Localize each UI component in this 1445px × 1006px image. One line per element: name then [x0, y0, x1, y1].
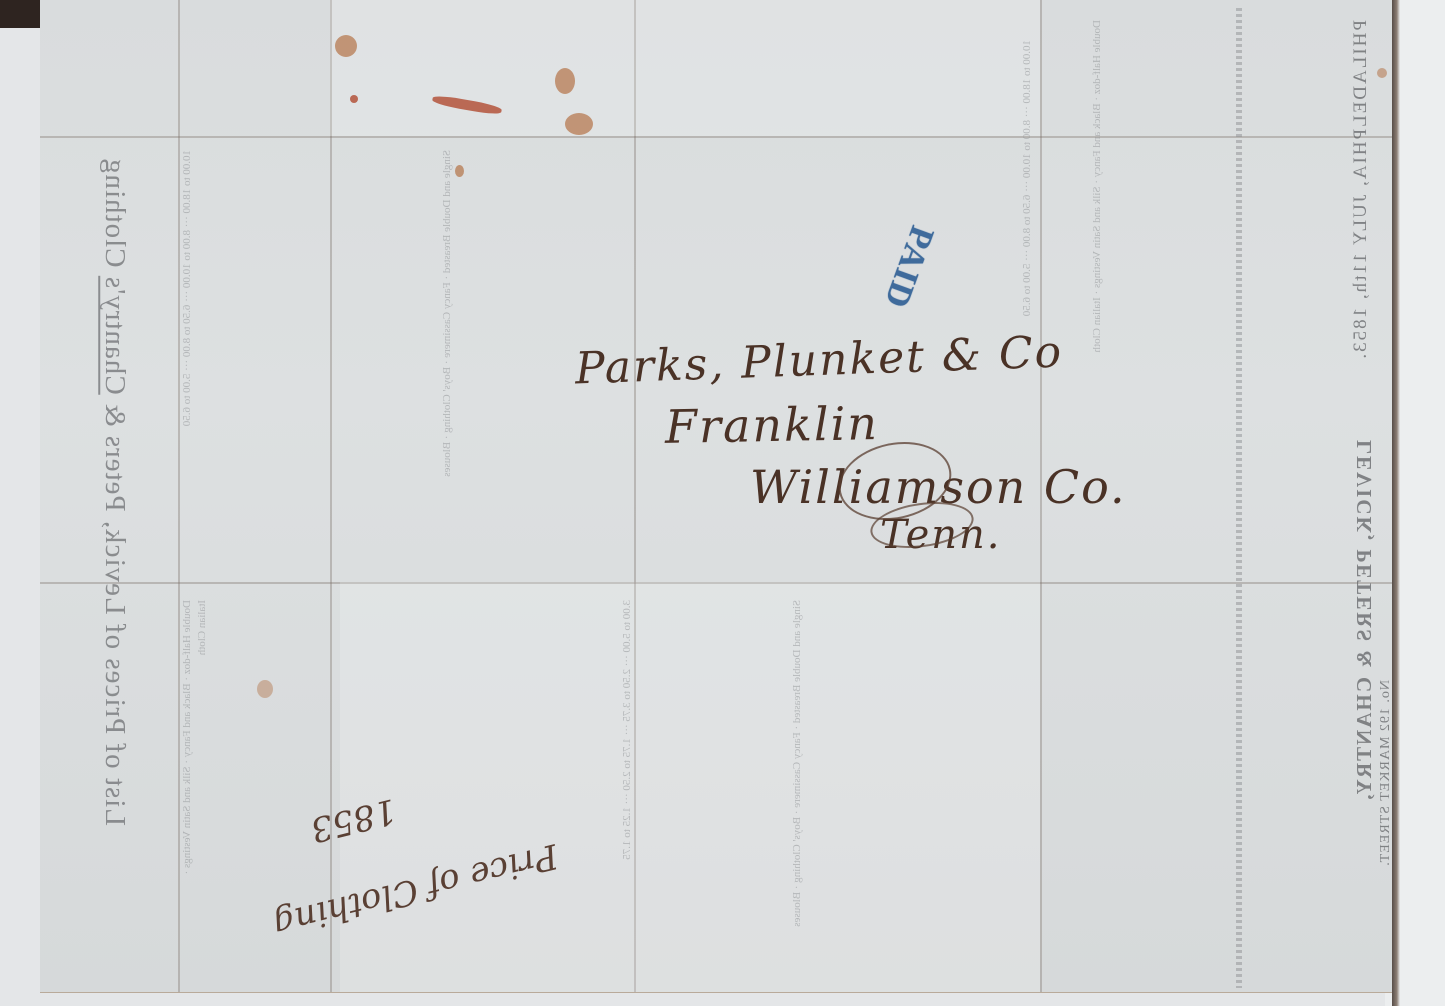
foxing-stain — [565, 113, 593, 135]
bleed-text-column: Single and Double Breasted · Fancy Cassi… — [440, 150, 590, 570]
bleed-price-column: 3.00 to 5.00 ··· 2.50 to 3.75 ··· 1.75 t… — [620, 600, 740, 980]
background-surface — [0, 0, 42, 28]
docket-title-underlined: Chantry's — [99, 276, 131, 395]
foxing-stain — [350, 95, 358, 103]
printed-docket-title: List of Prices of Levick, Peters & Chant… — [98, 12, 131, 972]
address-line-town: Franklin — [665, 396, 880, 454]
printed-address: No. 192 MARKET STREET. — [1378, 680, 1394, 867]
bleed-price-column: 10.00 to 18.00 ··· 8.00 to 10.00 ··· 6.5… — [180, 150, 280, 570]
bleed-text-column: Single and Double Breasted · Fancy Cassi… — [790, 600, 990, 980]
docket-title-part: Clothing — [99, 158, 131, 276]
foxing-stain — [1377, 68, 1387, 78]
docket-title-part: List of Prices of Levick, Peters & — [99, 395, 131, 826]
foxing-stain — [555, 68, 575, 94]
decorative-rule — [1236, 8, 1242, 988]
bleed-text-column: Double Half-doz · Black and Fancy · Silk… — [180, 600, 280, 900]
foxing-stain — [455, 165, 464, 177]
printed-date-line: PHILADELPHIA, JULY 11th, 1853. — [1350, 20, 1372, 361]
printed-firm-name: LEVICK, PETERS & CHANTRY, — [1352, 440, 1377, 802]
foxing-stain — [257, 680, 273, 698]
foxing-stain — [335, 35, 357, 57]
panel-shade — [330, 0, 1040, 136]
